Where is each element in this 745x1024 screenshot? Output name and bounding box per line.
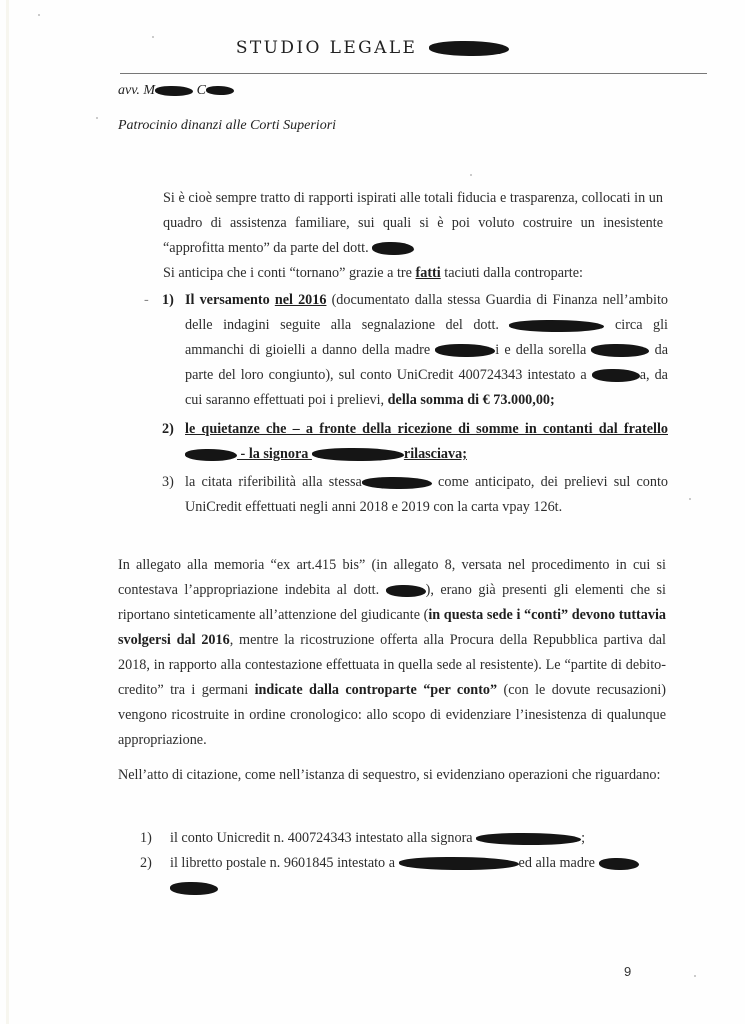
item-text: ed alla madre [519, 855, 599, 871]
redaction-mark [362, 477, 432, 489]
item-number: 1) [162, 288, 174, 313]
paragraph-citazione: Nell’atto di citazione, come nell’istanz… [118, 763, 666, 788]
intro-text-2: Si anticipa che i conti “tornano” grazie… [163, 265, 416, 281]
margin-mark: - [144, 288, 149, 313]
redaction-mark [476, 833, 581, 845]
scan-speck [38, 14, 40, 16]
redaction-mark [155, 86, 193, 96]
redaction-mark [429, 41, 509, 56]
list-item: 3) la citata riferibilità alla stessa co… [140, 470, 668, 520]
item-number: 2) [162, 417, 174, 442]
para-emphasis: indicate dalla controparte “per conto” [255, 682, 498, 698]
item-number: 1) [140, 826, 152, 851]
redaction-mark [386, 585, 426, 597]
item-text: le quietanze che – a fronte della ricezi… [185, 421, 668, 437]
paragraph-intro: Si è cioè sempre tratto di rapporti ispi… [163, 186, 663, 286]
emphasis-fatti: fatti [416, 265, 441, 281]
scan-speck [694, 975, 696, 977]
scan-speck [152, 36, 154, 38]
paragraph-allegato: In allegato alla memoria “ex art.415 bis… [118, 553, 666, 753]
item-lead: Il versamento [185, 292, 275, 308]
redaction-mark [599, 858, 639, 870]
item-text: il libretto postale n. 9601845 intestato… [170, 855, 399, 871]
item-number: 3) [162, 470, 174, 495]
letterhead: STUDIO LEGALE [0, 38, 745, 58]
item-text: il conto Unicredit n. 400724343 intestat… [170, 830, 476, 846]
item-text: la citata riferibilità alla stessa [185, 474, 362, 490]
redaction-mark [372, 242, 414, 255]
intro-text-3: taciuti dalla controparte: [441, 265, 583, 281]
item-lead-underline: nel 2016 [275, 292, 327, 308]
facts-list: - 1) Il versamento nel 2016 (documentato… [140, 288, 668, 523]
scan-speck [470, 174, 472, 176]
scan-edge [6, 0, 9, 1024]
scan-speck [96, 117, 98, 119]
lawyer-prefix: avv. M [118, 83, 155, 98]
item-amount: della somma di € 73.000,00; [388, 392, 555, 408]
firm-name: STUDIO LEGALE [236, 38, 417, 58]
redaction-mark [206, 86, 234, 95]
lawyer-name: avv. M C [118, 83, 234, 99]
specialty-line: Patrocinio dinanzi alle Corti Superiori [118, 118, 336, 134]
list-item: - 1) Il versamento nel 2016 (documentato… [140, 288, 668, 413]
item-number: 2) [140, 851, 152, 876]
item-text: rilasciava; [404, 446, 467, 462]
para-text: Nell’atto di citazione, come nell’istanz… [118, 763, 666, 788]
document-page: STUDIO LEGALE avv. M C Patrocinio dinanz… [0, 0, 745, 1024]
list-item: 1) il conto Unicredit n. 400724343 intes… [140, 826, 668, 851]
item-text: i e della sorella [495, 342, 591, 358]
operations-list: 1) il conto Unicredit n. 400724343 intes… [140, 826, 668, 901]
scan-speck [689, 498, 691, 500]
redaction-mark [591, 344, 649, 357]
list-item: 2) le quietanze che – a fronte della ric… [140, 417, 668, 467]
item-text: - la signora [237, 446, 312, 462]
redaction-mark [312, 448, 404, 461]
list-item: 2) il libretto postale n. 9601845 intest… [140, 851, 668, 901]
redaction-mark [509, 320, 604, 332]
redaction-mark [399, 857, 519, 870]
redaction-mark [185, 449, 237, 461]
header-rule [120, 73, 707, 74]
lawyer-initial: C [193, 83, 206, 98]
redaction-mark [435, 344, 495, 357]
page-number: 9 [624, 964, 631, 979]
redaction-mark [170, 882, 218, 895]
item-text: ; [581, 830, 585, 846]
redaction-mark [592, 369, 640, 382]
